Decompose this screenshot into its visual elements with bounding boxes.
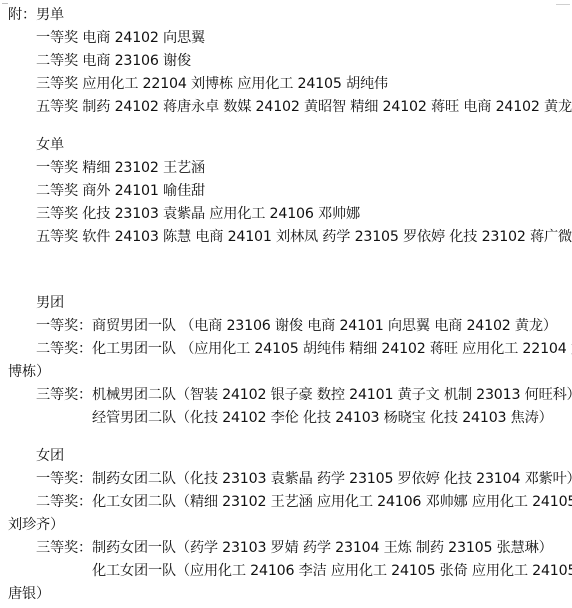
award-line: 二等奖 电商 23106 谢俊: [36, 51, 191, 71]
award-label: 一等奖: [36, 160, 78, 176]
award-entries: 化工男团一队 （应用化工 24105 胡纯伟 精细 24102 蒋旺 应用化工 …: [92, 341, 572, 357]
section-heading-womens-singles: 女单: [36, 135, 64, 155]
award-line: 经管男团二队（化技 24102 李伦 化技 24103 杨晓宝 化技 24103…: [92, 408, 553, 428]
award-entries: 电商 24102 向思翼: [82, 30, 205, 46]
award-label: 五等奖: [36, 99, 78, 115]
award-label: 二等奖：: [36, 341, 92, 357]
award-line: 三等奖 化技 23103 袁紫晶 应用化工 24106 邓帅娜: [36, 204, 360, 224]
award-entries: 化工女团二队（精细 23102 王艺涵 应用化工 24106 邓帅娜 应用化工 …: [92, 494, 572, 510]
award-label: 三等奖：: [36, 540, 92, 556]
award-label: 三等奖: [36, 76, 78, 92]
award-label: 五等奖: [36, 229, 78, 245]
award-label: 一等奖: [36, 30, 78, 46]
award-line-wrap: 博栋）: [8, 362, 50, 382]
section-heading-mens-team: 男团: [36, 293, 64, 313]
award-line: 二等奖 商外 24101 喻佳甜: [36, 181, 205, 201]
award-entries: 商外 24101 喻佳甜: [82, 183, 205, 199]
award-label: 三等奖: [36, 206, 78, 222]
award-line: 三等奖：制药女团一队（药学 23103 罗婧 药学 23104 王炼 制药 23…: [36, 538, 553, 558]
award-entries: 软件 24103 陈慧 电商 24101 刘林凤 药学 23105 罗依婷 化技…: [82, 229, 572, 245]
award-line: 二等奖：化工女团二队（精细 23102 王艺涵 应用化工 24106 邓帅娜 应…: [36, 492, 572, 512]
award-entries: 电商 23106 谢俊: [82, 53, 191, 69]
award-entries: 化工女团一队（应用化工 24106 李洁 应用化工 24105 张倚 应用化工 …: [92, 563, 572, 579]
award-label: 二等奖: [36, 183, 78, 199]
award-entries: 制药 24102 蒋唐永卓 数媒 24102 黄昭智 精细 24102 蒋旺 电…: [82, 99, 572, 115]
document-page: 附：男单 一等奖 电商 24102 向思翼 二等奖 电商 23106 谢俊 三等…: [0, 0, 572, 608]
award-line: 五等奖 制药 24102 蒋唐永卓 数媒 24102 黄昭智 精细 24102 …: [36, 97, 572, 117]
award-line: 三等奖：机械男团二队（智装 24102 银子豪 数控 24101 黄子文 机制 …: [36, 385, 572, 405]
award-entries: 机械男团二队（智装 24102 银子豪 数控 24101 黄子文 机制 2301…: [92, 387, 572, 403]
award-label: 二等奖: [36, 53, 78, 69]
award-line: 一等奖 精细 23102 王艺涵: [36, 158, 205, 178]
award-line: 一等奖：制药女团二队（化技 23103 袁紫晶 药学 23105 罗依婷 化技 …: [36, 469, 572, 489]
award-label: 一等奖：: [36, 471, 92, 487]
award-line-wrap: 刘珍齐）: [8, 515, 64, 535]
award-line: 五等奖 软件 24103 陈慧 电商 24101 刘林凤 药学 23105 罗依…: [36, 227, 572, 247]
award-entries: 精细 23102 王艺涵: [82, 160, 205, 176]
award-line: 化工女团一队（应用化工 24106 李洁 应用化工 24105 张倚 应用化工 …: [92, 561, 572, 581]
award-label: 一等奖：: [36, 318, 92, 334]
award-entries: 应用化工 22104 刘博栋 应用化工 24105 胡纯伟: [82, 76, 388, 92]
award-entries: 经管男团二队（化技 24102 李伦 化技 24103 杨晓宝 化技 24103…: [92, 410, 553, 426]
award-line-wrap: 唐银）: [8, 584, 50, 604]
section-heading-mens-singles: 附：男单: [8, 5, 64, 25]
award-line: 一等奖 电商 24102 向思翼: [36, 28, 205, 48]
award-entries: 制药女团二队（化技 23103 袁紫晶 药学 23105 罗依婷 化技 2310…: [92, 471, 572, 487]
award-line: 一等奖：商贸男团一队 （电商 23106 谢俊 电商 24101 向思翼 电商 …: [36, 316, 557, 336]
award-entries: 化技 23103 袁紫晶 应用化工 24106 邓帅娜: [82, 206, 360, 222]
award-entries: 制药女团一队（药学 23103 罗婧 药学 23104 王炼 制药 23105 …: [92, 540, 553, 556]
award-entries: 商贸男团一队 （电商 23106 谢俊 电商 24101 向思翼 电商 2410…: [92, 318, 557, 334]
award-label: 二等奖：: [36, 494, 92, 510]
award-label: 三等奖：: [36, 387, 92, 403]
award-line: 二等奖：化工男团一队 （应用化工 24105 胡纯伟 精细 24102 蒋旺 应…: [36, 339, 572, 359]
award-line: 三等奖 应用化工 22104 刘博栋 应用化工 24105 胡纯伟: [36, 74, 388, 94]
section-heading-womens-team: 女团: [36, 446, 64, 466]
